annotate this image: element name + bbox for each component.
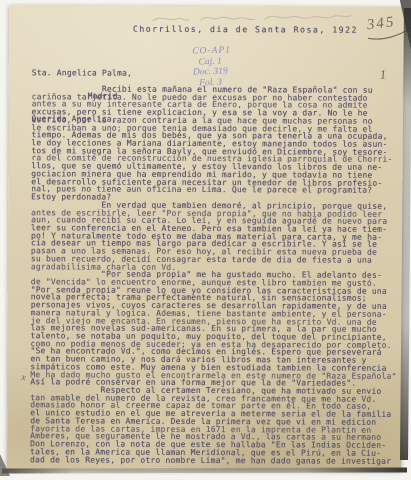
pencil-sheet-number: 1 [379,67,387,83]
typed-line: de "Vencida" lo encuentro enorme, aunque… [31,278,403,287]
letter-sheet: Chorrillos, dia de Santa Rosa, 1922 345 … [7,5,403,471]
typed-line: nal, pues no tiene aun oficina en Lima. … [31,186,403,195]
typed-line: demasiado honor al creerme capaz de toma… [30,402,402,411]
scanned-letter-page: Chorrillos, dia de Santa Rosa, 1922 345 … [0,0,411,480]
typed-line: las mejores novelas sud-americanas. En s… [31,325,403,334]
archival-code-doc: Doc. 319 [193,66,232,78]
dateline: Chorrillos, dia de Santa Rosa, 1922 [133,24,358,35]
typed-line: aun, cuando recibí su carta. Lo leí, y e… [31,216,403,225]
typed-line: Me ha dado mucho gusto el encontrarmela … [30,371,402,380]
pencil-margin-mark: x [21,372,27,384]
typed-line: agradabilísima charla con Vd. [31,263,403,272]
scan-shadow-bottom-edge [2,467,407,473]
recipient-name: Sta. Angelica Palma, [32,69,132,77]
typed-line: como no podia menos de suceder; ya en es… [31,340,403,349]
typed-line: dad de los Reyes, por otro nombre Lima",… [30,456,402,465]
archival-codes: CO-AP1 Caj. 1 Doc. 319 Fol. 3 [192,45,232,88]
typed-line: antes a su muy interesante carta de Ener… [32,101,404,110]
letter-body: Recibi esta mañana el numero de "Raza Es… [30,85,404,465]
typed-line: le escriban a uno; porque tenia demasiad… [31,124,403,133]
typed-line: ra del comité de reconstruccion de nuest… [31,155,403,164]
archival-code-fond: CO-AP1 [192,45,231,57]
typed-line: Amberes, que seguramente le he mostrado … [30,433,402,442]
